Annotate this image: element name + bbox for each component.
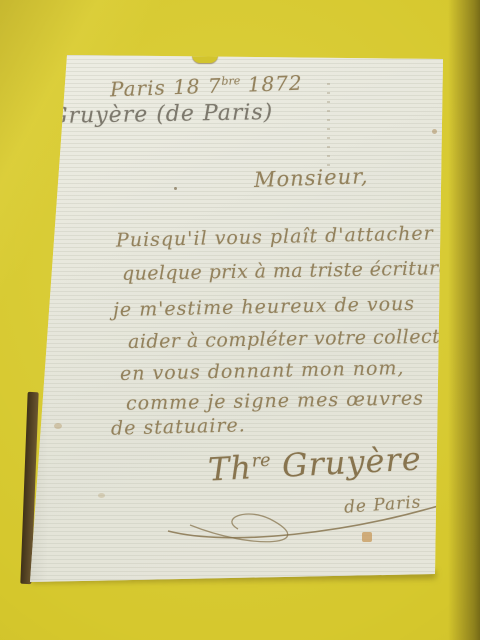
collector-annotation-pencil: Gruyère (de Paris) (50, 100, 274, 129)
body-line: de statuaire. (111, 414, 246, 440)
letter-paper: Paris 18 7bre 1872 Gruyère (de Paris) Mo… (28, 55, 444, 583)
foxing-spot (432, 129, 437, 134)
date-superscript: bre (221, 74, 240, 88)
body-line: Puisqu'il vous plaît d'attacher (116, 222, 434, 251)
body-line: en vous donnant mon nom, (120, 357, 405, 385)
foxing-spot (98, 493, 105, 498)
ink-bleed-through (327, 83, 330, 169)
body-line: aider à compléter votre collection (128, 325, 472, 353)
body-line: comme je signe mes œuvres (126, 387, 424, 414)
signature-superscript: re (251, 451, 271, 472)
body-line: quelque prix à ma triste écriture, (122, 257, 457, 285)
photograph-of-letter: Paris 18 7bre 1872 Gruyère (de Paris) Mo… (0, 0, 480, 640)
stamp-remnant (362, 532, 372, 542)
date-line: Paris 18 7bre 1872 (110, 71, 303, 102)
salutation: Monsieur, (254, 164, 369, 192)
date-suffix: 1872 (240, 71, 303, 97)
date-prefix: Paris 18 7 (110, 73, 222, 101)
foxing-spot (54, 423, 62, 429)
signature-flourish (160, 473, 460, 553)
body-line: je m'estime heureux de vous (113, 293, 415, 321)
foxing-spot (174, 187, 177, 190)
